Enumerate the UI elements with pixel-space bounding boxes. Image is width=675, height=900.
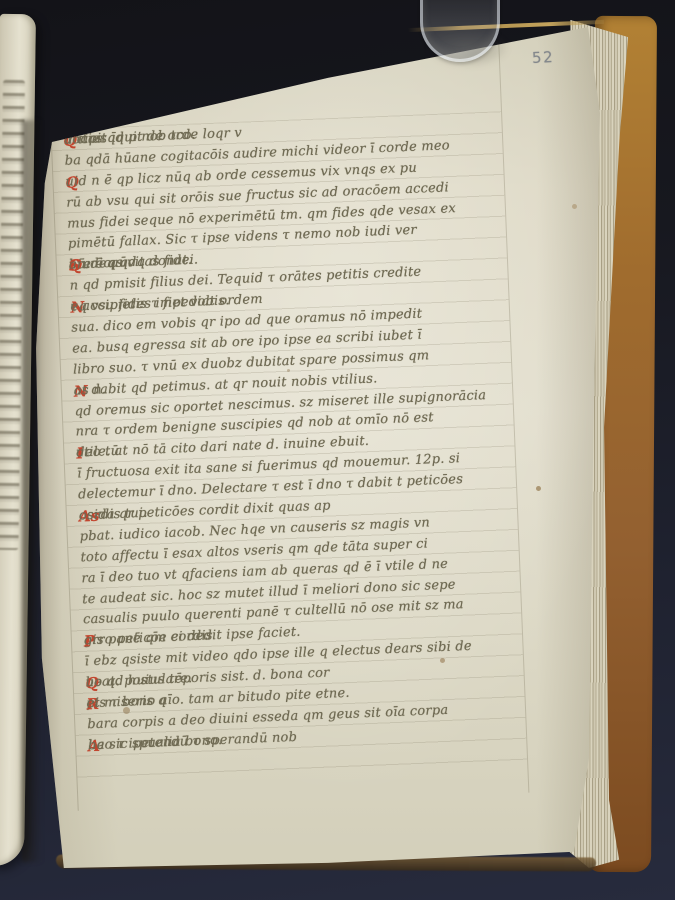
ink-text: os n. (74, 380, 107, 402)
ink-text: deo tū (76, 442, 120, 465)
parchment-stains (536, 486, 541, 491)
folio-number: 52 (532, 47, 573, 67)
manuscript-page: incipit Caritas qd p nob tco. Quocies īq… (28, 18, 606, 874)
manuscript-photo: incipit Caritas qd p nob tco. Quocies īq… (0, 0, 675, 900)
ruling-frame: incipit Caritas qd p nob tco. Quocies īq… (47, 17, 530, 811)
manuscript-text-block: incipit Caritas qd p nob tco. Quocies īq… (63, 113, 526, 764)
gutter-shadow (22, 120, 42, 862)
